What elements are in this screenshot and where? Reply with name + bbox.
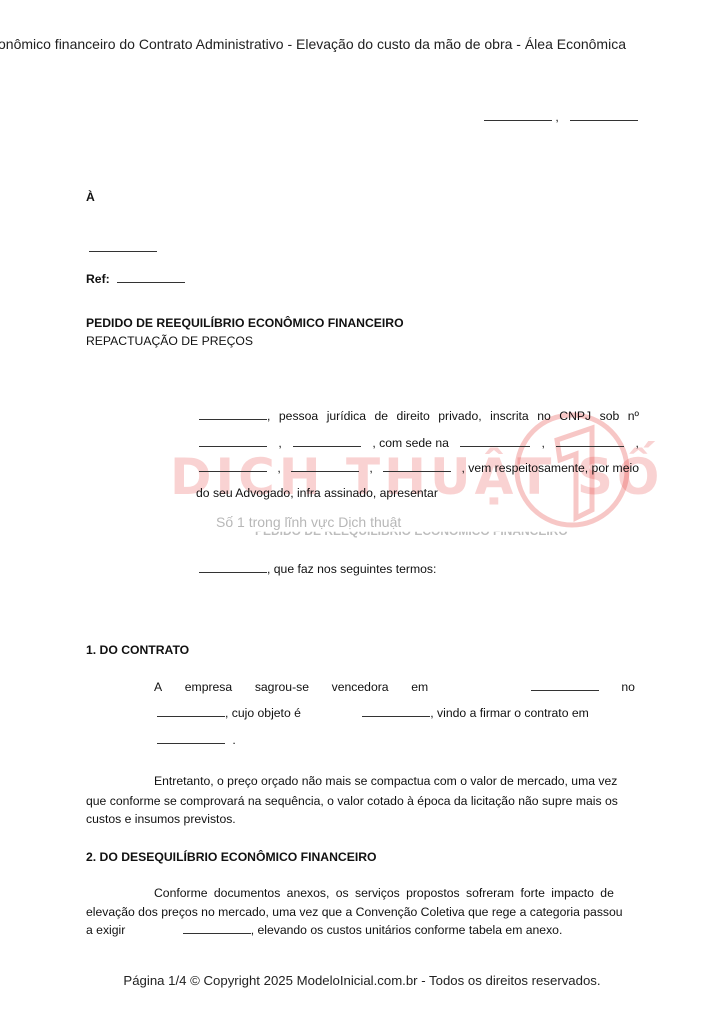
section-1-heading: 1. DO CONTRATO — [86, 643, 189, 657]
date-line: , — [484, 110, 638, 124]
section-1-line-3: . — [157, 733, 236, 747]
page-footer: Página 1/4 © Copyright 2025 ModeloInicia… — [0, 973, 724, 988]
section-2-line-3: a exigir , elevando os custos unitários … — [86, 923, 562, 937]
watermark-subtitle: Số 1 trong lĩnh vực Dịch thuật — [216, 514, 401, 530]
section-1-line-2: , cujo objeto é , vindo a firmar o contr… — [157, 706, 635, 720]
addressee-prefix: À — [86, 190, 95, 204]
intro-line-3: , , , vem respeitosamente, por meio — [199, 461, 639, 475]
intro-line-2: , , com sede na , , — [199, 436, 639, 450]
section-2-line-2: elevação dos preços no mercado, uma vez … — [86, 905, 623, 919]
date-blank — [570, 119, 638, 121]
running-header: Pedido de reequilíbrio econômico finance… — [0, 36, 640, 52]
ref-blank — [117, 281, 185, 283]
ref-line: Ref: — [86, 272, 185, 286]
intro-line-1: , pessoa jurídica de direito privado, in… — [199, 409, 639, 423]
section-1-p2-line-2: que conforme se comprovará na sequência,… — [86, 794, 618, 808]
document-subtitle: REPACTUAÇÃO DE PREÇOS — [86, 334, 253, 348]
section-1-p2-line-3: custos e insumos previstos. — [86, 812, 236, 826]
section-1-p2-line-1: Entretanto, o preço orçado não mais se c… — [154, 774, 617, 788]
city-blank — [484, 119, 552, 121]
addressee-blank — [89, 239, 157, 257]
intro-line-5: , que faz nos seguintes termos: — [199, 562, 436, 576]
intro-line-4: do seu Advogado, infra assinado, apresen… — [196, 486, 438, 500]
section-1-line-1: A empresa sagrou-se vencedora em no — [154, 680, 635, 694]
document-title: PEDIDO DE REEQUILÍBRIO ECONÔMICO FINANCE… — [86, 316, 404, 330]
section-2-heading: 2. DO DESEQUILÍBRIO ECONÔMICO FINANCEIRO — [86, 850, 377, 864]
section-2-line-1: Conforme documentos anexos, os serviços … — [154, 886, 614, 900]
